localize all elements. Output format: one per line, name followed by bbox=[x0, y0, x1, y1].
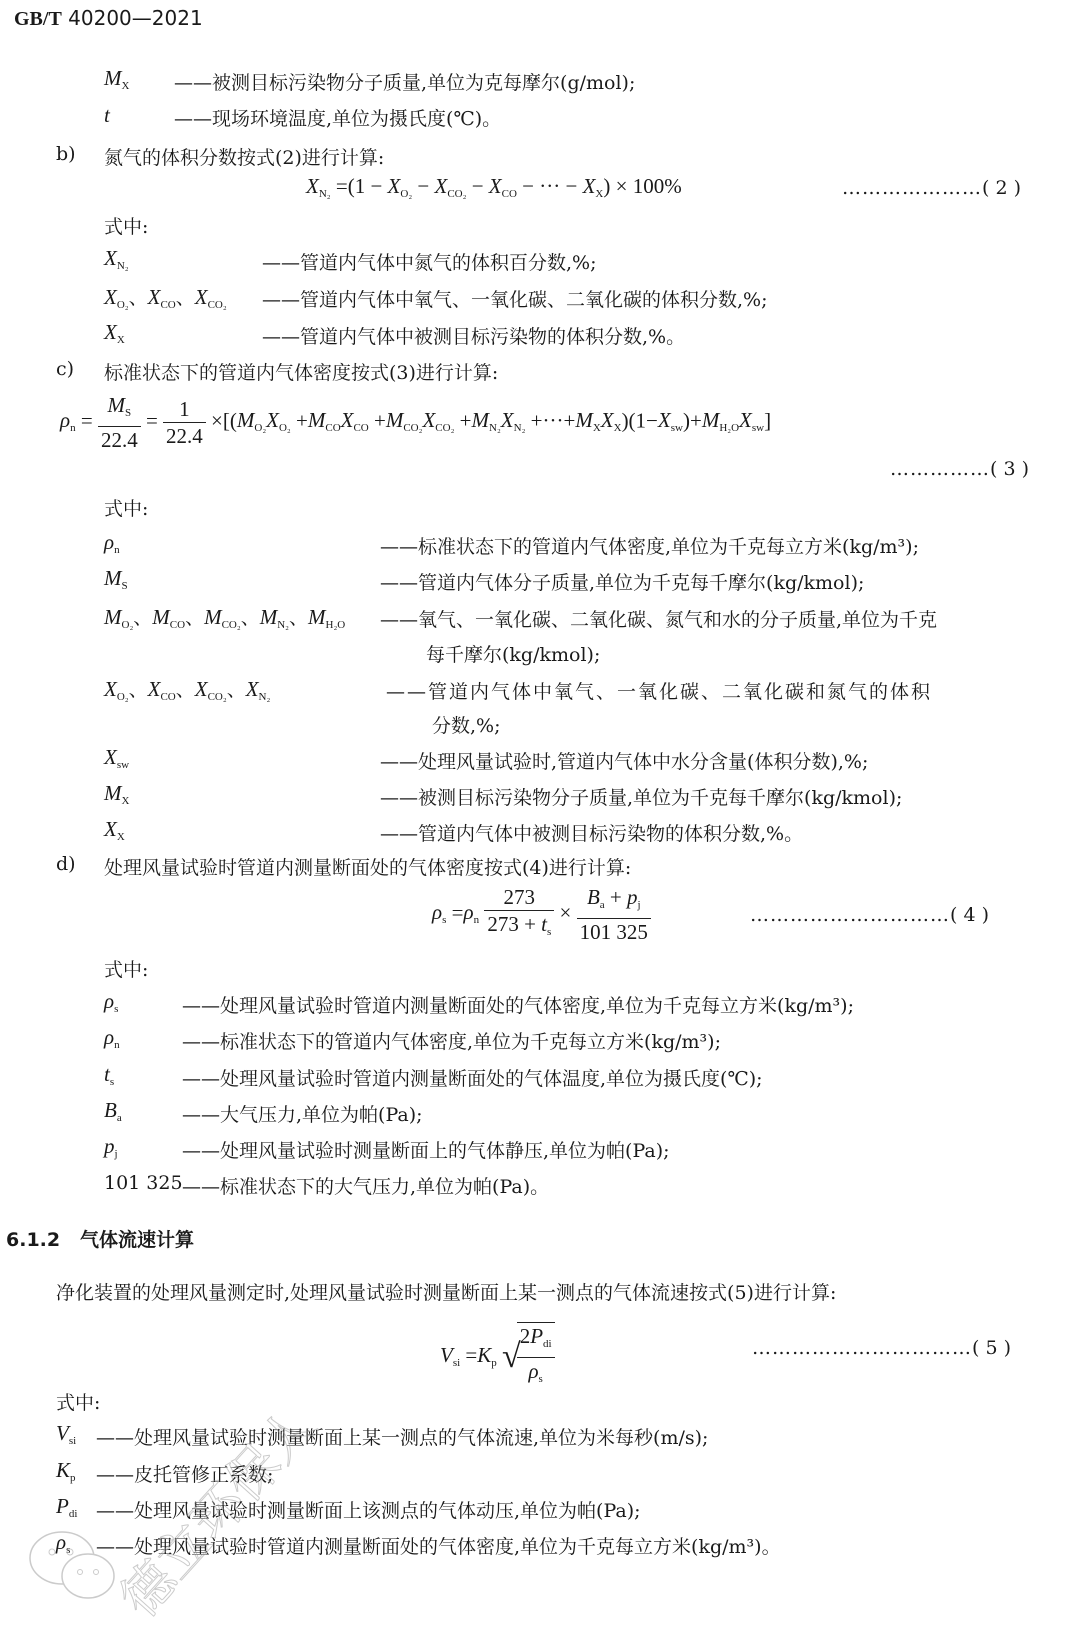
standard-header: GB/T 40200—2021 bbox=[14, 6, 203, 31]
def-text-cont: 每千摩尔(kg/kmol); bbox=[426, 640, 600, 667]
def-text: ——管道内气体中氮气的体积百分数,%; bbox=[262, 248, 597, 275]
def-symbol: ρs bbox=[104, 989, 118, 1015]
equation-number-4: …………………………( 4 ) bbox=[750, 904, 989, 926]
def-symbol: ρs bbox=[56, 1530, 70, 1556]
def-symbol: XN₂ bbox=[104, 246, 129, 272]
section-number: 6.1.2 bbox=[6, 1229, 60, 1251]
standard-prefix: GB/T bbox=[14, 8, 62, 30]
def-text: ——管道内气体中氧气、一氧化碳、二氧化碳的体积分数,%; bbox=[262, 285, 768, 312]
def-symbol: MO₂、MCO、MCO₂、MN₂、MH₂O bbox=[104, 603, 345, 631]
item-label: c) bbox=[56, 358, 74, 380]
def-symbol: XO₂、XCO、XCO₂ bbox=[104, 283, 227, 311]
equation-3: ρn = MS22.4 = 122.4 ×[(MO₂XO₂ +MCOXCO +M… bbox=[60, 392, 771, 453]
item-intro: 处理风量试验时管道内测量断面处的气体密度按式(4)进行计算: bbox=[104, 853, 631, 880]
def-text: ——标准状态下的管道内气体密度,单位为千克每立方米(kg/m³); bbox=[380, 532, 919, 559]
standard-number: 40200—2021 bbox=[68, 6, 203, 30]
def-symbol: XO₂、XCO、XCO₂、XN₂ bbox=[104, 675, 270, 703]
def-symbol: MS bbox=[104, 566, 128, 592]
section-title: 气体流速计算 bbox=[80, 1229, 194, 1251]
def-text: ——被测目标污染物分子质量,单位为克每摩尔(g/mol); bbox=[174, 68, 635, 95]
def-text: ——管道内气体中被测目标污染物的体积分数,%。 bbox=[380, 819, 803, 846]
def-text: ——皮托管修正系数; bbox=[96, 1460, 273, 1487]
item-label: b) bbox=[56, 143, 76, 165]
def-symbol: ts bbox=[104, 1062, 114, 1088]
def-symbol: Kp bbox=[56, 1458, 76, 1484]
def-text: ——处理风量试验时管道内测量断面处的气体密度,单位为千克每立方米(kg/m³); bbox=[182, 991, 854, 1018]
equation-number-3: ……………( 3 ) bbox=[890, 458, 1029, 480]
section-heading: 6.1.2 气体流速计算 bbox=[6, 1225, 194, 1252]
equation-4: ρs =ρn 273273 + ts × Ba + pj101 325 bbox=[432, 884, 651, 945]
def-text: ——处理风量试验时,管道内气体中水分含量(体积分数),%; bbox=[380, 747, 868, 774]
def-symbol: 101 325 bbox=[104, 1172, 183, 1194]
equation-number-5: ……………………………( 5 ) bbox=[752, 1337, 1011, 1359]
def-symbol: Pdi bbox=[56, 1494, 77, 1520]
def-symbol: MX bbox=[104, 781, 129, 807]
equation-5: Vsi =Kp √2Pdiρs bbox=[440, 1322, 555, 1392]
def-symbol: pj bbox=[104, 1134, 118, 1160]
wechat-logo-icon bbox=[20, 1510, 130, 1620]
where-label: 式中: bbox=[56, 1388, 100, 1415]
def-text: ——处理风量试验时测量断面上某一测点的气体流速,单位为米每秒(m/s); bbox=[96, 1423, 708, 1450]
def-text: ——现场环境温度,单位为摄氏度(℃)。 bbox=[174, 104, 501, 131]
def-text: ——氧气、一氧化碳、二氧化碳、氮气和水的分子质量,单位为千克 bbox=[380, 605, 937, 632]
equation-2: XN₂ =(1 − XO₂ − XCO₂ − XCO − ··· − XX) ×… bbox=[306, 174, 682, 200]
where-label: 式中: bbox=[104, 494, 148, 521]
def-symbol: ρn bbox=[104, 1025, 120, 1051]
def-text: ——处理风量试验时测量断面上的气体静压,单位为帕(Pa); bbox=[182, 1136, 670, 1163]
def-text: ——大气压力,单位为帕(Pa); bbox=[182, 1100, 423, 1127]
def-text: ——被测目标污染物分子质量,单位为千克每千摩尔(kg/kmol); bbox=[380, 783, 902, 810]
where-label: 式中: bbox=[104, 955, 148, 982]
def-symbol: ρn bbox=[104, 530, 120, 556]
def-symbol: Xsw bbox=[104, 745, 129, 771]
section-intro: 净化装置的处理风量测定时,处理风量试验时测量断面上某一测点的气体流速按式(5)进… bbox=[56, 1278, 836, 1305]
def-row: MX bbox=[104, 66, 129, 92]
equation-number-2: …………………( 2 ) bbox=[842, 177, 1021, 199]
def-symbol: XX bbox=[104, 320, 125, 346]
def-text: ——处理风量试验时管道内测量断面处的气体密度,单位为千克每立方米(kg/m³)。 bbox=[96, 1532, 781, 1559]
def-text: ——处理风量试验时测量断面上该测点的气体动压,单位为帕(Pa); bbox=[96, 1496, 641, 1523]
def-text: ——标准状态下的大气压力,单位为帕(Pa)。 bbox=[182, 1172, 549, 1199]
def-text: ——管道内气体中氧气、一氧化碳、二氧化碳和氮气的体积 bbox=[386, 677, 932, 704]
def-text: ——管道内气体中被测目标污染物的体积分数,%。 bbox=[262, 322, 685, 349]
item-label: d) bbox=[56, 853, 76, 875]
def-text: ——标准状态下的管道内气体密度,单位为千克每立方米(kg/m³); bbox=[182, 1027, 721, 1054]
def-text: ——处理风量试验时管道内测量断面处的气体温度,单位为摄氏度(℃); bbox=[182, 1064, 763, 1091]
def-row: t bbox=[104, 103, 110, 128]
def-text-cont: 分数,%; bbox=[432, 711, 501, 738]
where-label: 式中: bbox=[104, 212, 148, 239]
item-intro: 标准状态下的管道内气体密度按式(3)进行计算: bbox=[104, 358, 498, 385]
item-intro: 氮气的体积分数按式(2)进行计算: bbox=[104, 143, 384, 170]
def-symbol: Vsi bbox=[56, 1421, 76, 1447]
def-text: ——管道内气体分子质量,单位为千克每千摩尔(kg/kmol); bbox=[380, 568, 864, 595]
def-symbol: Ba bbox=[104, 1098, 122, 1124]
def-symbol: XX bbox=[104, 817, 125, 843]
